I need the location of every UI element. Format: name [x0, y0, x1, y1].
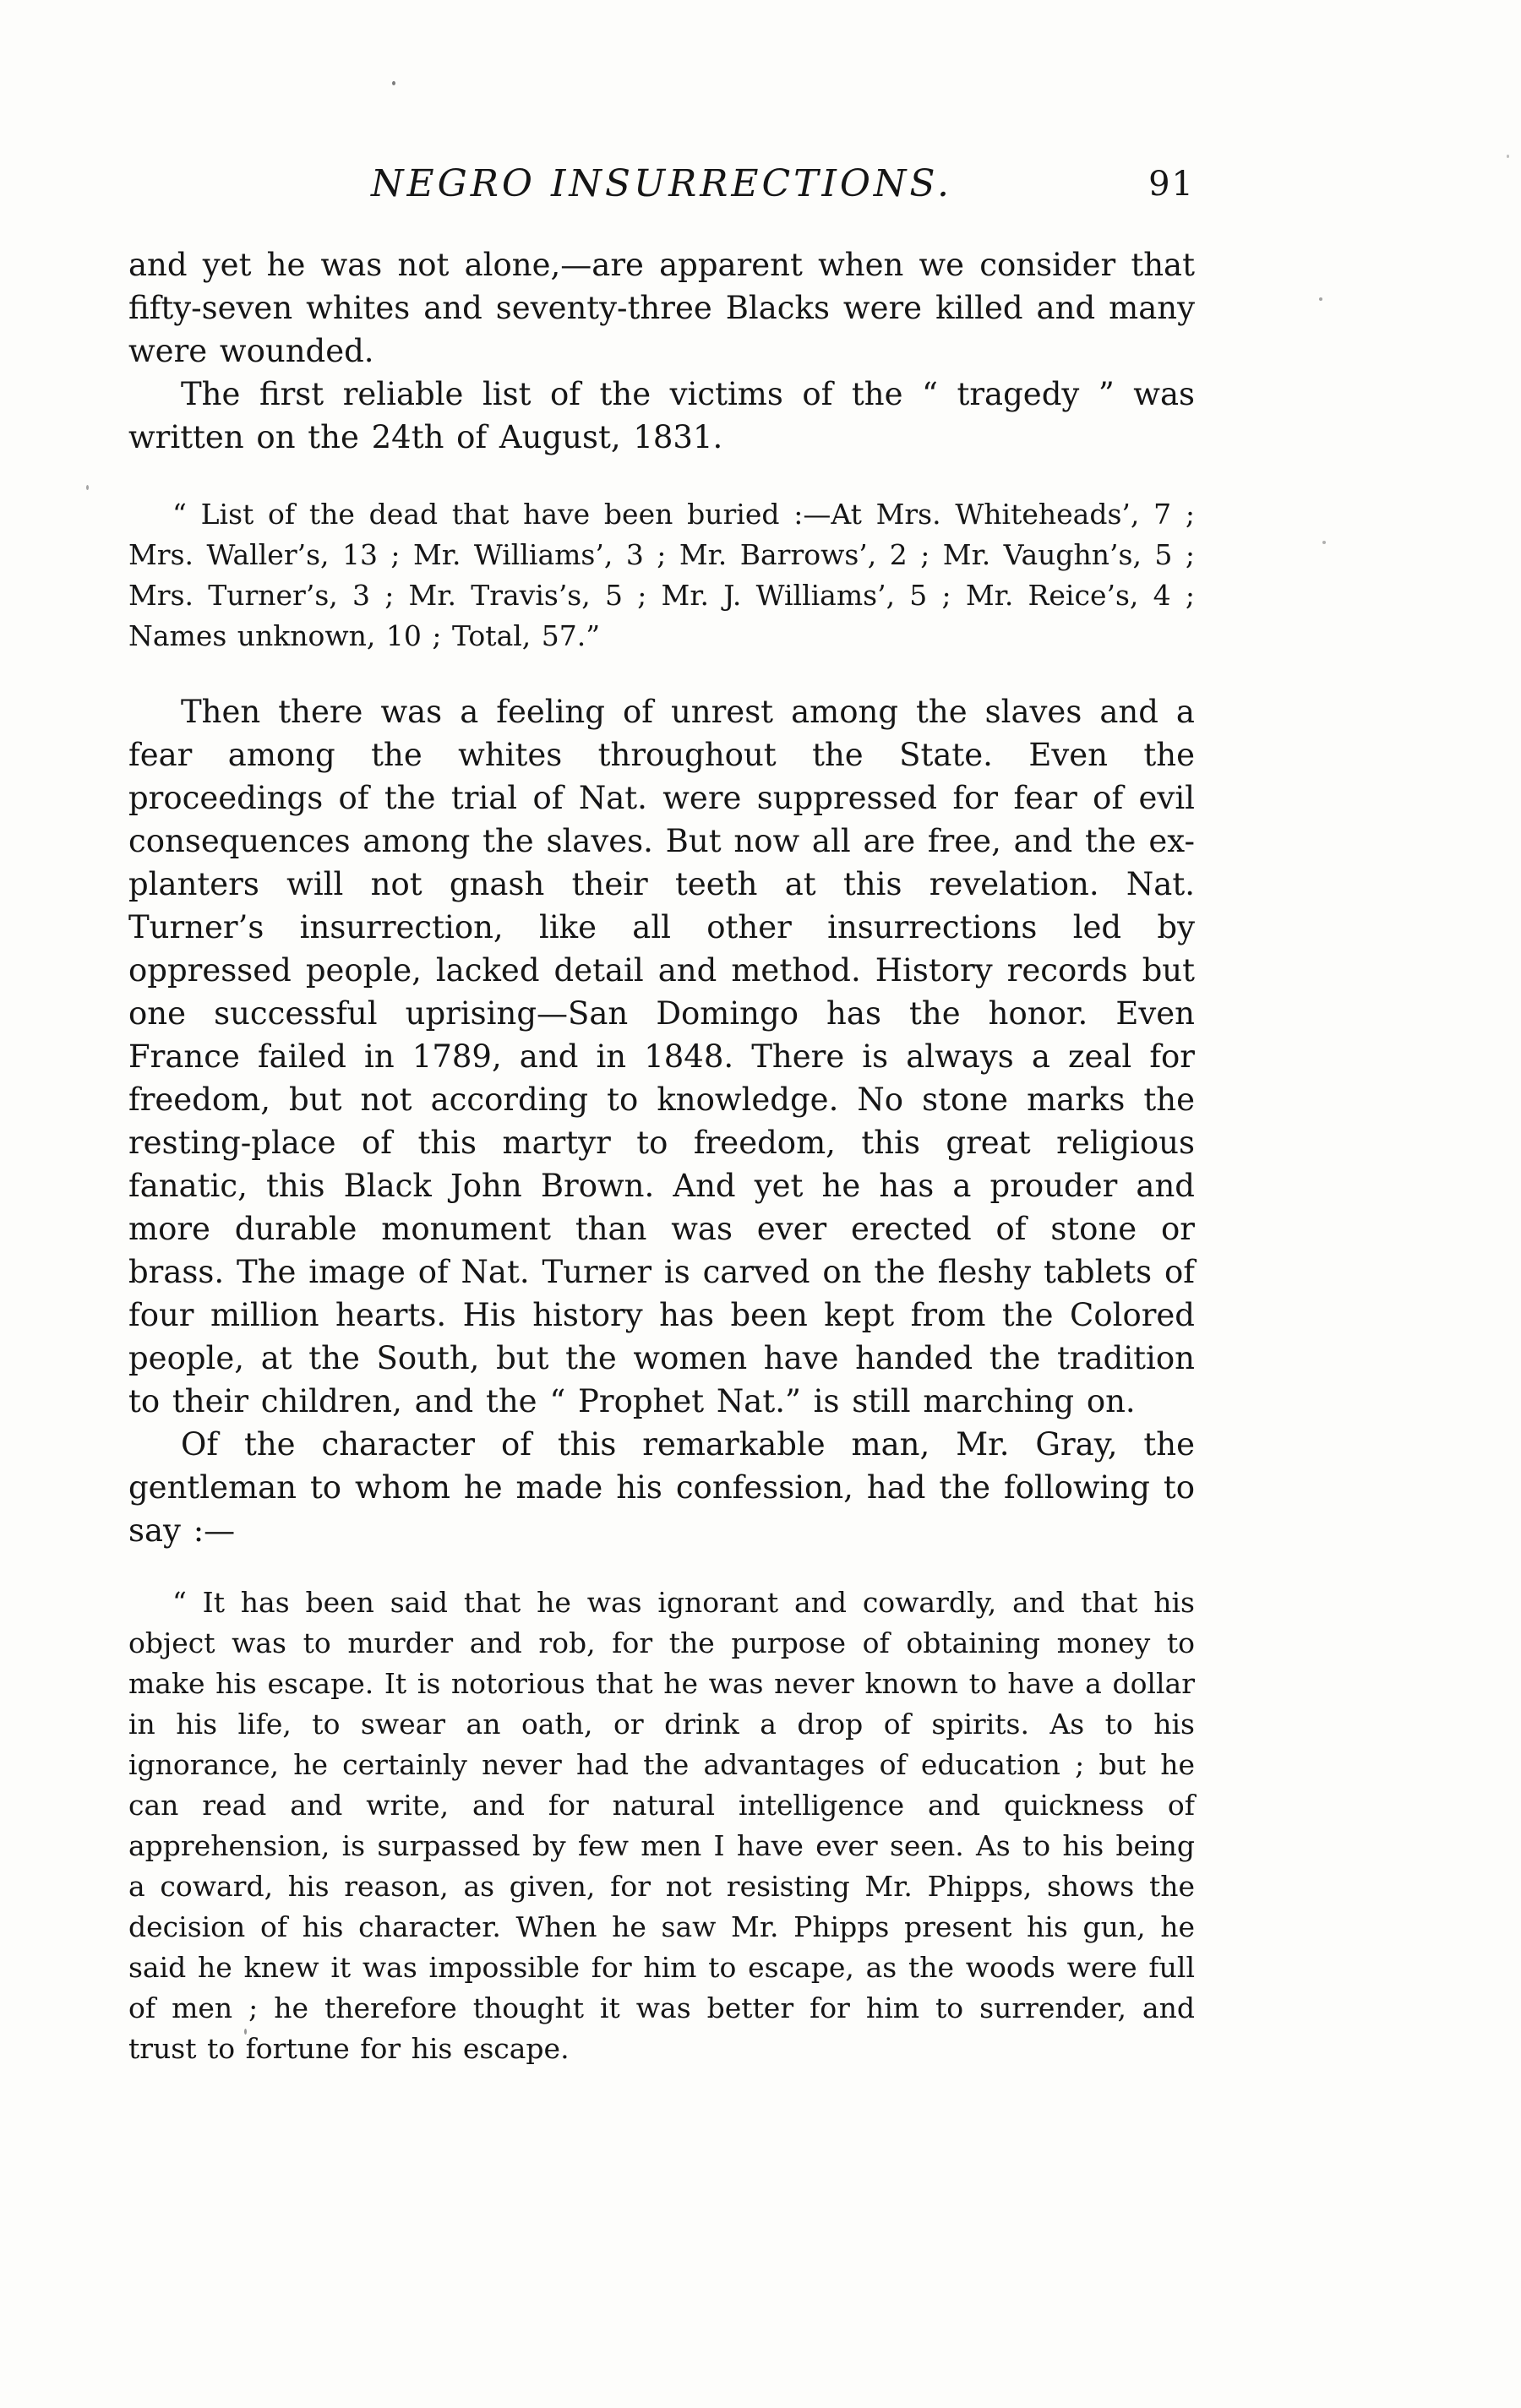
body-paragraph: Then there was a feeling of unrest among…: [128, 690, 1195, 1423]
chapter-title: NEGRO INSURRECTIONS.: [128, 162, 1195, 206]
page-number: 91: [1148, 162, 1195, 206]
body-paragraph-continuation: and yet he was not alone,—are apparent w…: [128, 243, 1195, 373]
scan-speck: [1322, 541, 1326, 544]
scan-speck: [1319, 297, 1322, 301]
scanned-book-page: NEGRO INSURRECTIONS. 91 and yet he was n…: [0, 0, 1521, 2408]
scan-speck: [392, 81, 395, 85]
body-paragraph: Of the character of this remarkable man,…: [128, 1423, 1195, 1552]
quoted-confession-block: “ It has been said that he was ignorant …: [128, 1583, 1195, 2069]
quoted-list-of-dead-block: “ List of the dead that have been buried…: [128, 494, 1195, 656]
running-header: NEGRO INSURRECTIONS. 91: [128, 162, 1195, 206]
body-paragraph: The first reliable list of the victims o…: [128, 373, 1195, 459]
text-column: NEGRO INSURRECTIONS. 91 and yet he was n…: [128, 162, 1195, 2069]
scan-speck: [1507, 155, 1509, 158]
scan-speck: [86, 485, 89, 490]
